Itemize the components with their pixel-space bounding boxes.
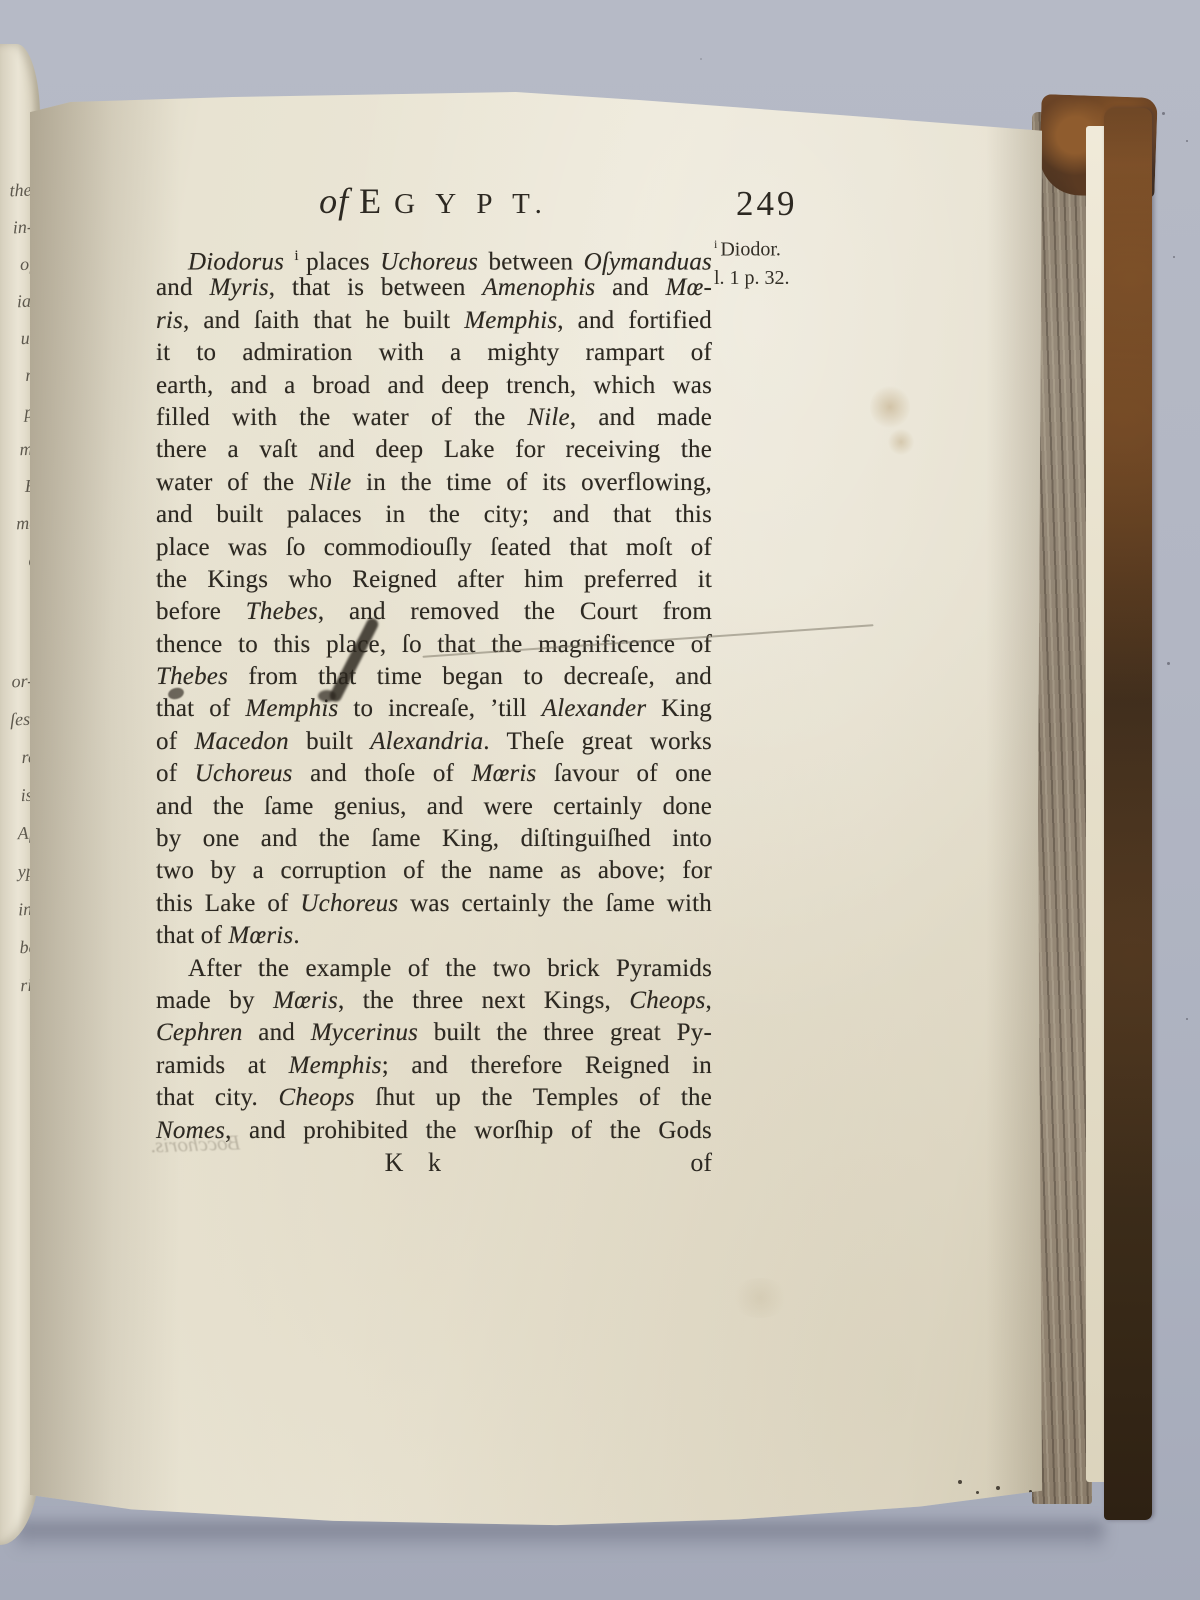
text-line: made by Mœris, the three next Kings, Che… (156, 985, 712, 1017)
text-line: Diodorus i places Uchoreus between Oſyma… (156, 240, 712, 272)
dust-speck (1186, 1018, 1188, 1020)
text-line: water of the Nile in the time of its ove… (156, 467, 712, 499)
text-line: Cephren and Mycerinus built the three gr… (156, 1017, 712, 1049)
dust-speck (1186, 140, 1188, 142)
fragment-text: the (4, 172, 32, 210)
fragment-text: in- (5, 209, 33, 247)
text-line: two by a corruption of the name as above… (156, 855, 712, 887)
text-line: the Kings who Reigned after him preferre… (156, 564, 712, 596)
book-fore-edge (1032, 112, 1092, 1504)
text-line: this Lake of Uchoreus was certainly the … (156, 888, 712, 920)
text-block: Diodorus i places Uchoreus between Oſyma… (156, 240, 712, 1147)
text-line: filled with the water of the Nile, and m… (156, 402, 712, 434)
dust-speck (1173, 256, 1175, 258)
dust-speck (700, 58, 702, 60)
leather-cover-edge (1104, 108, 1152, 1520)
ink-speck (996, 1486, 1000, 1490)
text-line: Thebes from that time began to decreaſe,… (156, 661, 712, 693)
signature-mark: K k (385, 1148, 450, 1178)
text-line: that of Memphis to increaſe, ’till Alexa… (156, 693, 712, 725)
text-line: of Uchoreus and thoſe of Mœris ſavour of… (156, 758, 712, 790)
show-through-text: Bocchoris. (150, 1130, 241, 1158)
margin-note-line1: iDiodor. (714, 230, 834, 264)
text-line: there a vaſt and deep Lake for receiving… (156, 434, 712, 466)
paper-stain (870, 384, 910, 430)
text-line: it to admiration with a mighty rampart o… (156, 337, 712, 369)
running-title: ofE G Y P T. (156, 180, 712, 222)
page-number: 249 (736, 184, 798, 224)
running-title-of: of (319, 181, 349, 221)
ink-speck (958, 1480, 962, 1484)
ink-smudge-blob (318, 690, 336, 702)
text-line: earth, and a broad and deep trench, whic… (156, 370, 712, 402)
catchword: of (690, 1148, 712, 1178)
text-line: that city. Cheops ſhut up the Temples of… (156, 1082, 712, 1114)
running-title-caps: G Y P T. (394, 188, 549, 220)
text-line: and Myris, that is between Amenophis and… (156, 272, 712, 304)
text-line: and the ſame genius, and were certainly … (156, 791, 712, 823)
running-title-initial: E (359, 181, 389, 221)
text-line: by one and the ſame King, diſtinguiſhed … (156, 823, 712, 855)
margin-note-line2: l. 1 p. 32. (714, 264, 834, 292)
ink-speck (1013, 1495, 1016, 1498)
edge-shadow (986, 92, 1042, 1528)
text-line: and built palaces in the city; and that … (156, 499, 712, 531)
text-line: place was ſo commodiouſly ſeated that mo… (156, 532, 712, 564)
footnote-marker: i (714, 237, 717, 251)
book-shadow (16, 1522, 1104, 1552)
text-line: ramids at Memphis; and therefore Reigned… (156, 1050, 712, 1082)
photo-scene: thein-ofia,usr-p-myE-me-ce or-ſes,reis,A… (0, 0, 1200, 1600)
dust-speck (1167, 662, 1170, 665)
paper-stain (888, 428, 914, 456)
book-page: ofE G Y P T. 249 iDiodor. l. 1 p. 32. Di… (30, 92, 1042, 1528)
text-line: After the example of the two brick Pyram… (156, 953, 712, 985)
ink-speck (976, 1491, 979, 1494)
text-line: of Macedon built Alexandria. Theſe great… (156, 726, 712, 758)
margin-note: iDiodor. l. 1 p. 32. (714, 230, 834, 292)
dust-speck (1162, 112, 1165, 115)
text-line: that of Mœris. (156, 920, 712, 952)
fragment-text: or- (8, 662, 34, 701)
text-line: ris, and ſaith that he built Memphis, an… (156, 305, 712, 337)
text-line: before Thebes, and removed the Court fro… (156, 596, 712, 628)
paper-stain (730, 1278, 790, 1318)
